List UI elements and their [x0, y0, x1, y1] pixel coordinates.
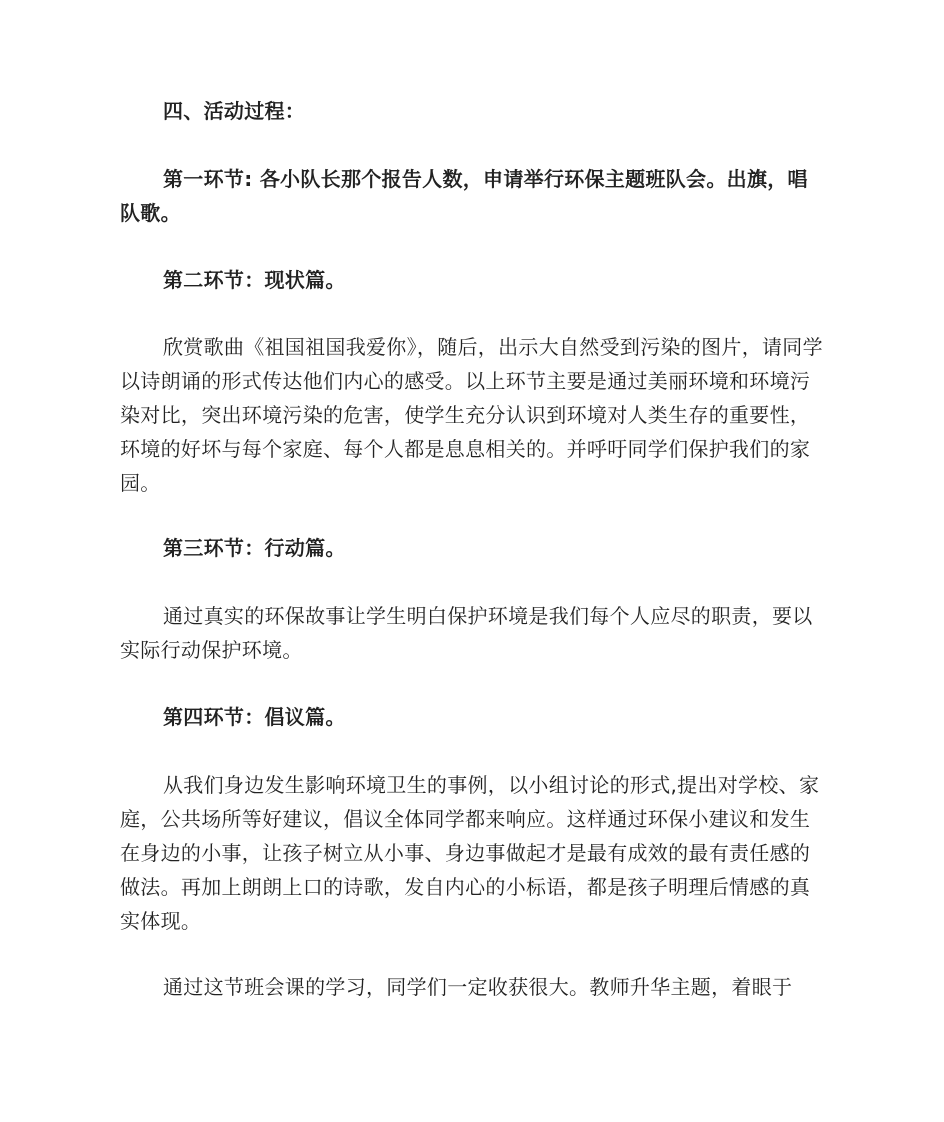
paragraph-step-two-body: 欣赏歌曲《祖国祖国我爱你》，随后，出示大自然受到污染的图片，请同学以诗朗诵的形式… [120, 330, 826, 500]
paragraph-step-three-heading: 第三环节：行动篇。 [120, 531, 826, 565]
paragraph-step-two-heading: 第二环节：现状篇。 [120, 263, 826, 297]
paragraph-step-four-body: 从我们身边发生影响环境卫生的事例，以小组讨论的形式,提出对学校、家庭，公共场所等… [120, 768, 826, 938]
paragraph-step-three-body: 通过真实的环保故事让学生明白保护环境是我们每个人应尽的职责，要以实际行动保护环境… [120, 599, 826, 667]
paragraph-step-one: 第一环节: 各小队长那个报告人数，申请举行环保主题班队会。出旗，唱队歌。 [120, 162, 826, 230]
paragraph-step-four-heading: 第四环节：倡议篇。 [120, 700, 826, 734]
section-heading: 四、活动过程： [120, 94, 826, 128]
paragraph-conclusion: 通过这节班会课的学习，同学们一定收获很大。教师升华主题，着眼于 [120, 970, 826, 1004]
